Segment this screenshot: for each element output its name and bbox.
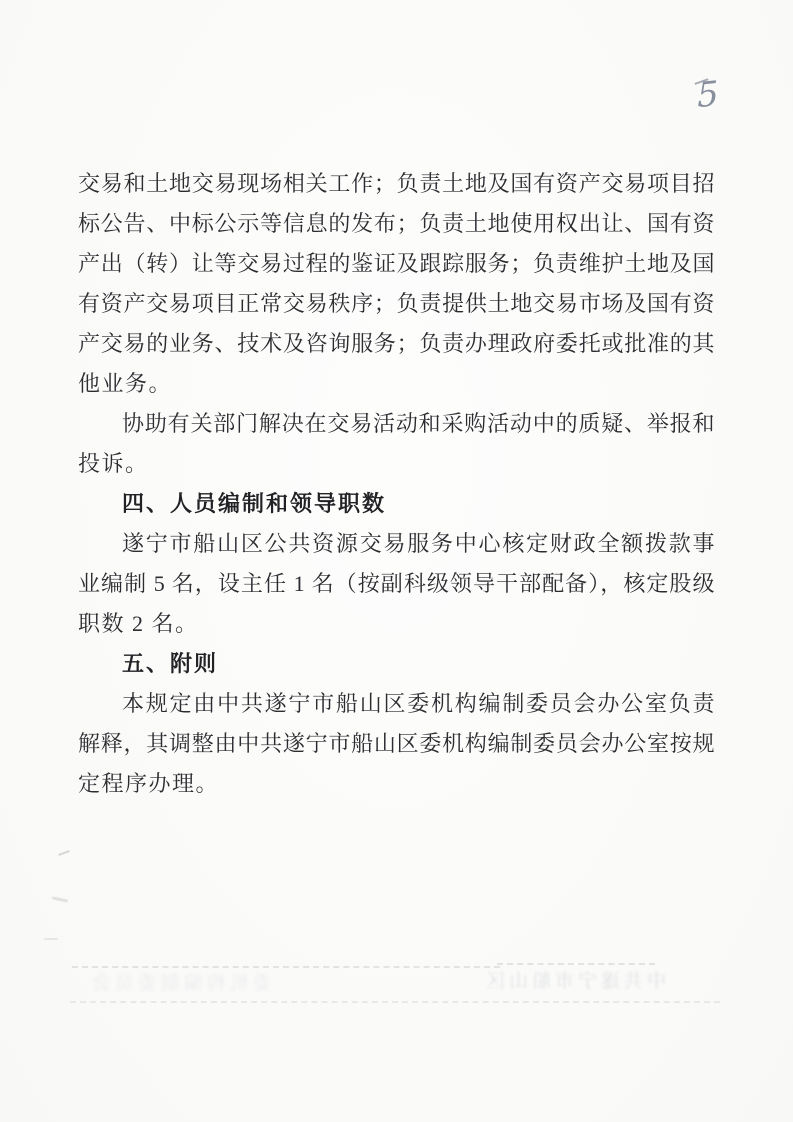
paragraph: 遂宁市船山区公共资源交易服务中心核定财政全额拨款事 业编制 5 名，设主任 1 … [78, 524, 715, 644]
text-line: 协助有关部门解决在交易活动和采购活动中的质疑、举报和 [78, 404, 715, 444]
text-line: 定程序办理。 [78, 764, 715, 804]
bleedthrough-rule [497, 963, 655, 965]
bleedthrough-text: 中共遂宁市船山区 [482, 966, 666, 993]
text-line: 标公告、中标公示等信息的发布；负责土地使用权出让、国有资 [78, 204, 715, 244]
text-line: 产出（转）让等交易过程的鉴证及跟踪服务；负责维护土地及国 [78, 244, 715, 284]
text-line: 有资产交易项目正常交易秩序；负责提供土地交易市场及国有资 [78, 284, 715, 324]
text-line: 交易和土地交易现场相关工作；负责土地及国有资产交易项目招 [78, 164, 715, 204]
text-line: 解释，其调整由中共遂宁市船山区委机构编制委员会办公室按规 [78, 724, 715, 764]
scanned-page: 5 交易和土地交易现场相关工作；负责土地及国有资产交易项目招 标公告、中标公示等… [0, 0, 793, 1122]
text-line: 投诉。 [78, 444, 715, 484]
bleedthrough-rule [70, 1001, 720, 1003]
text-line: 遂宁市船山区公共资源交易服务中心核定财政全额拨款事 [78, 524, 715, 564]
text-line: 产交易的业务、技术及咨询服务；负责办理政府委托或批准的其 [78, 324, 715, 364]
scan-speck [58, 850, 70, 856]
text-line: 本规定由中共遂宁市船山区委机构编制委员会办公室负责 [78, 684, 715, 724]
paragraph: 本规定由中共遂宁市船山区委机构编制委员会办公室负责 解释，其调整由中共遂宁市船山… [78, 684, 715, 804]
section-heading-5: 五、附则 [78, 644, 715, 684]
text-line: 他业务。 [78, 364, 715, 404]
scan-speck [52, 896, 68, 902]
scan-speck [44, 938, 58, 940]
section-heading-4: 四、人员编制和领导职数 [78, 484, 715, 524]
bleedthrough-text: 委机构编制委员会 [88, 968, 272, 995]
handwritten-page-mark: 5 [696, 77, 719, 113]
paragraph: 交易和土地交易现场相关工作；负责土地及国有资产交易项目招 标公告、中标公示等信息… [78, 164, 715, 404]
text-line: 职数 2 名。 [78, 604, 715, 644]
document-body: 交易和土地交易现场相关工作；负责土地及国有资产交易项目招 标公告、中标公示等信息… [78, 164, 715, 804]
text-line: 业编制 5 名，设主任 1 名（按副科级领导干部配备），核定股级 [78, 564, 715, 604]
paragraph: 协助有关部门解决在交易活动和采购活动中的质疑、举报和 投诉。 [78, 404, 715, 484]
